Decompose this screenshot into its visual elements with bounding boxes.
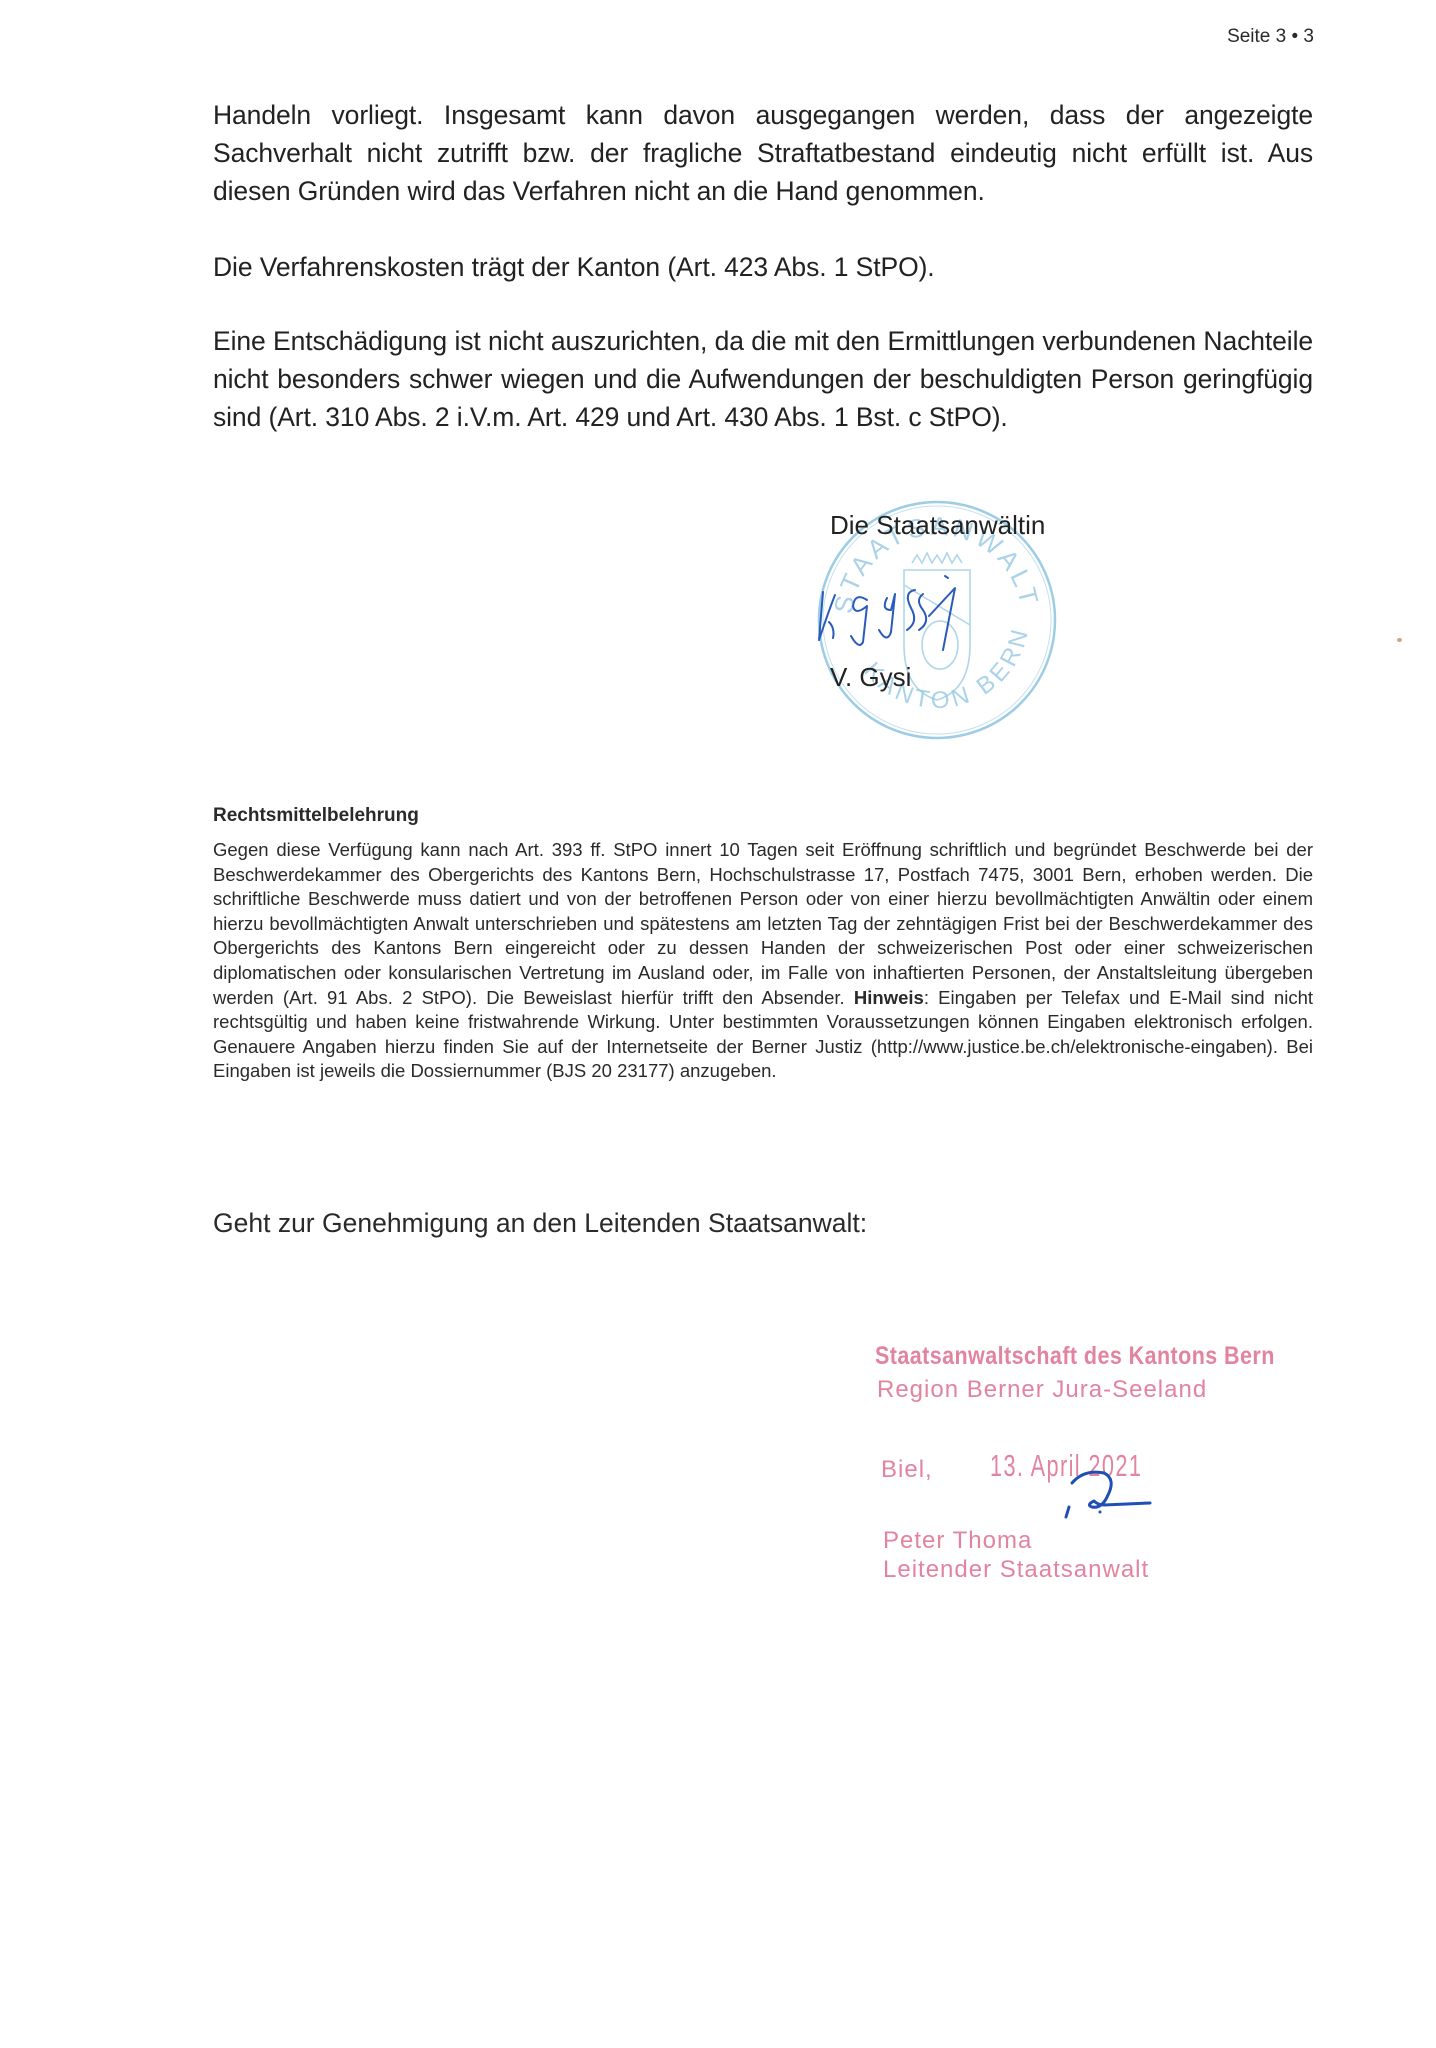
handwritten-initials-icon (1060, 1465, 1180, 1535)
hint-label: Hinweis (854, 987, 924, 1008)
stamp-place: Biel, (881, 1456, 933, 1484)
legal-notice-text: Gegen diese Verfügung kann nach Art. 393… (213, 838, 1313, 1084)
signatory-title: Die Staatsanwältin (830, 510, 1045, 541)
legal-notice-heading: Rechtsmittelbelehrung (213, 805, 419, 827)
signatory-name: V. Gysi (830, 662, 911, 693)
stamp-authority: Staatsanwaltschaft des Kantons Bern (875, 1342, 1275, 1371)
forwarding-note: Geht zur Genehmigung an den Leitenden St… (213, 1208, 867, 1239)
page-number: Seite 3 • 3 (1227, 26, 1314, 48)
stamp-name: Peter Thoma (883, 1527, 1032, 1555)
paragraph-conclusion: Handeln vorliegt. Insgesamt kann davon a… (213, 96, 1313, 210)
stamp-role: Leitender Staatsanwalt (883, 1556, 1149, 1584)
handwritten-signature-icon (815, 570, 995, 660)
legal-notice-text-part1: Gegen diese Verfügung kann nach Art. 393… (213, 839, 1313, 1008)
paragraph-compensation: Eine Entschädigung ist nicht auszurichte… (213, 322, 1313, 436)
scan-speck (1397, 638, 1402, 642)
stamp-region: Region Berner Jura-Seeland (877, 1376, 1207, 1404)
paragraph-costs: Die Verfahrenskosten trägt der Kanton (A… (213, 248, 1313, 286)
